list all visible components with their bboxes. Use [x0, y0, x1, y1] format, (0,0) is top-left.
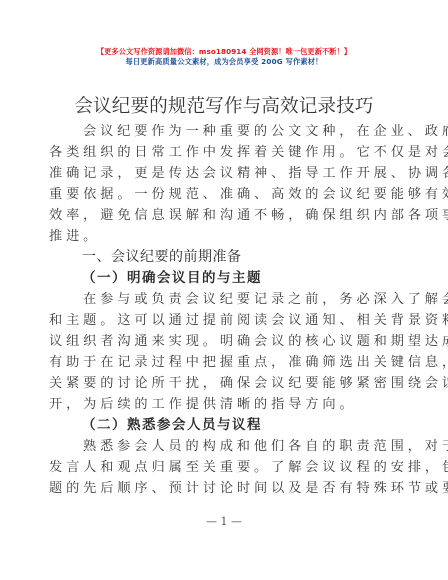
subsection-2-paragraph: 熟悉参会人员的构成和他们各自的职责范围，对于准确记录 发言人和观点归属至关重要。…	[49, 436, 393, 499]
text-line: 各类组织的日常工作中发挥着关键作用。它不仅是对会议内容的	[49, 142, 393, 163]
text-line: 在参与或负责会议纪要记录之前，务必深入了解会议的目的	[49, 289, 393, 310]
intro-paragraph: 会议纪要作为一种重要的公文文种，在企业、政府机关以及 各类组织的日常工作中发挥着…	[49, 121, 393, 247]
promo-banner-red: 【更多公文写作资源请加微信：mso180914 全网资源！唯一包更新不断！】	[0, 47, 448, 57]
subsection-heading-1: （一）明确会议目的与主题	[49, 268, 393, 289]
page-number: — 1 —	[0, 515, 448, 528]
text-line: 和主题。这可以通过提前阅读会议通知、相关背景资料以及与会	[49, 310, 393, 331]
text-line: 推进。	[49, 226, 393, 247]
text-line: 会议纪要作为一种重要的公文文种，在企业、政府机关以及	[49, 121, 393, 142]
text-line: 有助于在记录过程中把握重点，准确筛选出关键信息，避免被无	[49, 352, 393, 373]
text-line: 题的先后顺序、预计讨论时间以及是否有特殊环节或要求，能够	[49, 478, 393, 499]
text-line: 关紧要的讨论所干扰，确保会议纪要能够紧密围绕会议的主旨展	[49, 373, 393, 394]
text-line: 发言人和观点归属至关重要。了解会议议程的安排，包括各个议	[49, 457, 393, 478]
document-body: 会议纪要作为一种重要的公文文种，在企业、政府机关以及 各类组织的日常工作中发挥着…	[49, 121, 393, 499]
text-line: 重要依据。一份规范、准确、高效的会议纪要能够有效提升工作	[49, 184, 393, 205]
text-line: 开，为后续的工作提供清晰的指导方向。	[49, 394, 393, 415]
text-line: 熟悉参会人员的构成和他们各自的职责范围，对于准确记录	[49, 436, 393, 457]
promo-banner-blue: 每日更新高质量公文素材，成为会员享受 200G 写作素材！	[0, 57, 448, 67]
text-line: 准确记录，更是传达会议精神、指导工作开展、协调各方行动的	[49, 163, 393, 184]
text-line: 效率，避免信息误解和沟通不畅，确保组织内部各项事务的顺利	[49, 205, 393, 226]
section-heading-1: 一、会议纪要的前期准备	[49, 247, 393, 268]
subsection-1-paragraph: 在参与或负责会议纪要记录之前，务必深入了解会议的目的 和主题。这可以通过提前阅读…	[49, 289, 393, 415]
document-title: 会议纪要的规范写作与高效记录技巧	[0, 92, 448, 118]
text-line: 议组织者沟通来实现。明确会议的核心议题和期望达成的目标，	[49, 331, 393, 352]
subsection-heading-2: （二）熟悉参会人员与议程	[49, 415, 393, 436]
